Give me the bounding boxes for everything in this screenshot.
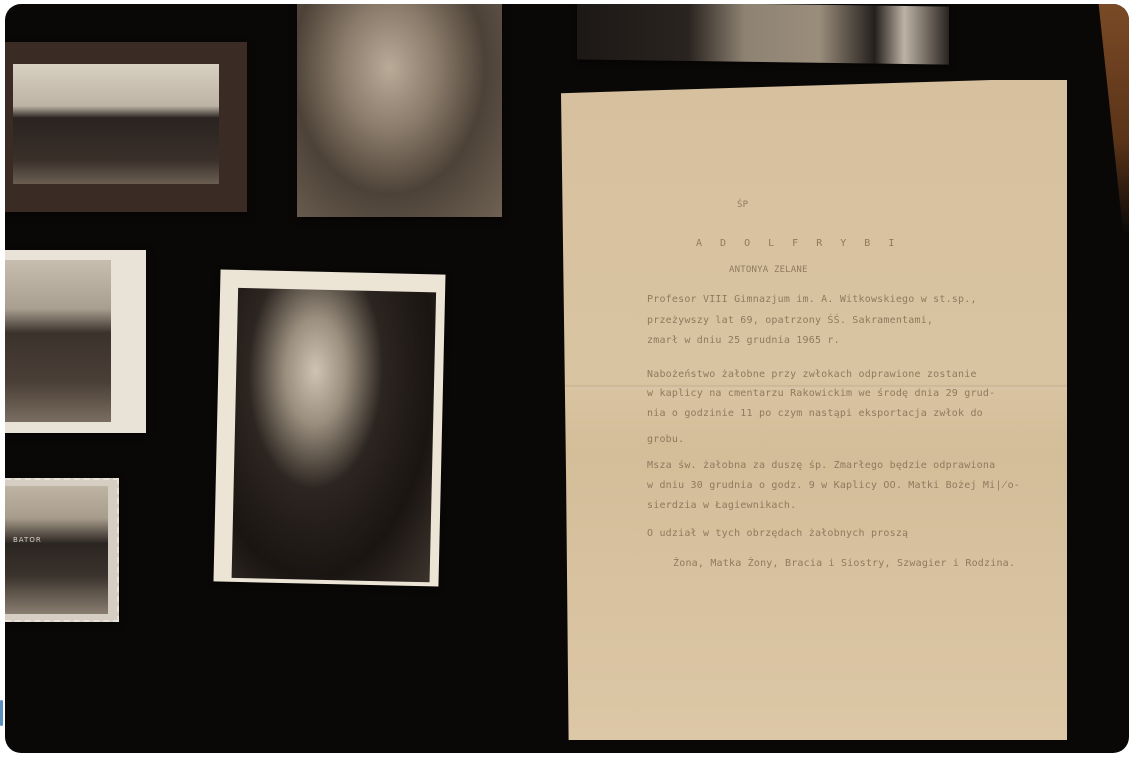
ship-photo-image: BATOR — [5, 486, 108, 614]
doc-mark: ŚP — [737, 200, 748, 210]
doc-line: w dniu 30 grudnia o godz. 9 w Kaplicy OO… — [647, 480, 1020, 491]
ship-name-text: BATOR — [13, 536, 42, 544]
doc-line: sierdzia w Łagiewnikach. — [647, 500, 796, 511]
doc-signature: Żona, Matka Żony, Bracia i Siostry, Szwa… — [673, 558, 1015, 569]
class-photo — [5, 250, 146, 433]
doc-line: Profesor VIII Gimnazjum im. A. Witkowski… — [647, 294, 977, 305]
group-photo-image — [13, 64, 219, 184]
wooden-edge — [1091, 4, 1129, 234]
doc-line: grobu. — [647, 434, 684, 445]
older-man-portrait-image — [232, 288, 437, 582]
doc-subtitle: ANTONYA ZELANE — [729, 265, 808, 275]
doc-line: Msza św. żałobna za duszę śp. Zmarłego b… — [647, 460, 995, 471]
edge-accent — [0, 700, 3, 726]
doc-line: O udział w tych obrzędach żałobnych pros… — [647, 528, 908, 539]
group-photo — [5, 42, 247, 212]
older-man-portrait — [213, 269, 445, 586]
ship-photo: BATOR — [5, 478, 119, 622]
doc-line: przeżywszy lat 69, opatrzony ŚŚ. Sakrame… — [647, 315, 933, 326]
doc-line: nia o godzinie 11 po czym nastąpi ekspor… — [647, 408, 983, 419]
young-man-portrait — [297, 4, 502, 217]
top-strip-photos — [577, 4, 949, 65]
doc-line: w kaplicy na cmentarzu Rakowickim we śro… — [647, 388, 995, 399]
doc-line: zmarł w dniu 25 grudnia 1965 r. — [647, 335, 840, 346]
doc-line: Nabożeństwo żałobne przy zwłokach odpraw… — [647, 369, 977, 380]
class-photo-image — [5, 260, 111, 422]
photo-frame: BATOR ŚP A D O L F R Y B I ANTONYA ZELAN… — [5, 4, 1129, 753]
obituary-document: ŚP A D O L F R Y B I ANTONYA ZELANE Prof… — [561, 80, 1067, 740]
doc-name: A D O L F R Y B I — [696, 238, 900, 249]
